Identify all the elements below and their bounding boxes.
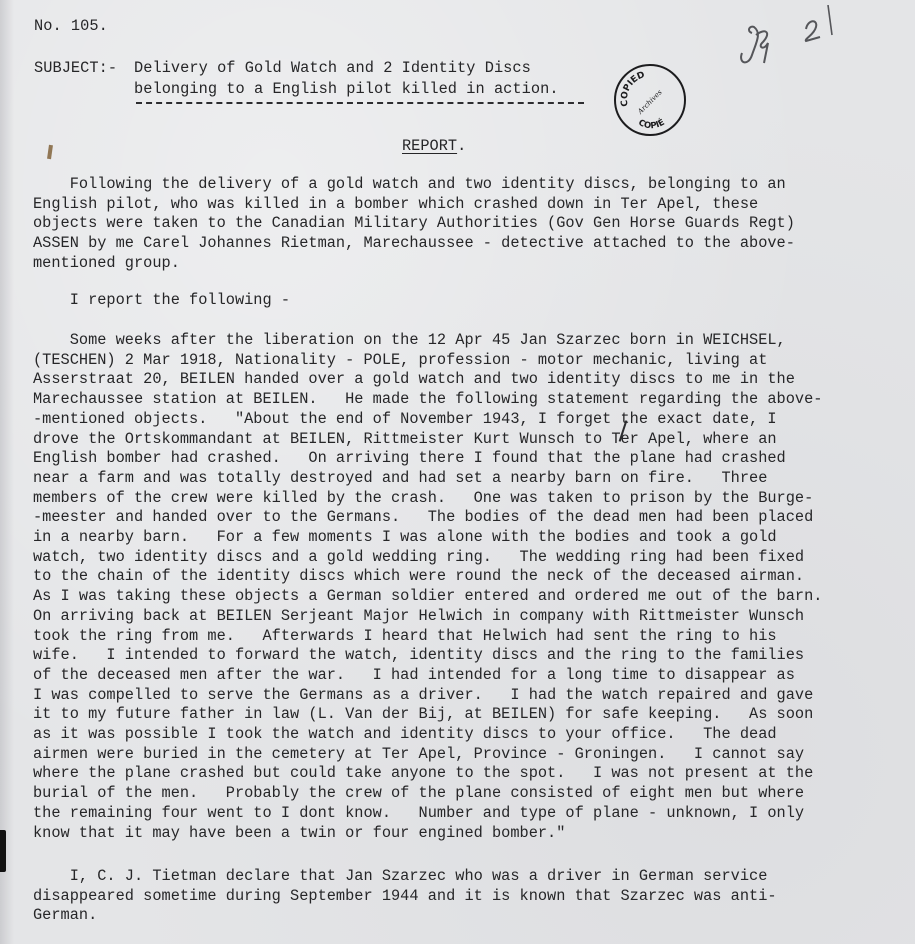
text-line: near a farm and was totally destroyed an… bbox=[33, 469, 822, 489]
text-line: I, C. J. Tietman declare that Jan Szarze… bbox=[33, 867, 777, 887]
text-line: objects were taken to the Canadian Milit… bbox=[33, 214, 795, 234]
copied-archives-stamp: COPIED COPIÉ Archives bbox=[614, 64, 686, 136]
text-line: watch, two identity discs and a gold wed… bbox=[33, 548, 822, 568]
paragraph-declaration: I, C. J. Tietman declare that Jan Szarze… bbox=[33, 867, 777, 926]
text-line: As I was taking these objects a German s… bbox=[33, 587, 822, 607]
text-line: in a nearby barn. For a few moments I wa… bbox=[33, 528, 822, 548]
margin-mark bbox=[47, 145, 53, 159]
text-line: English pilot, who was killed in a bombe… bbox=[33, 195, 795, 215]
document-page: No. 105. SUBJECT:- Delivery of Gold Watc… bbox=[0, 0, 915, 944]
svg-text:COPIÉ: COPIÉ bbox=[636, 116, 666, 132]
text-line: to the chain of the identity discs which… bbox=[33, 567, 822, 587]
paragraph-intro: Following the delivery of a gold watch a… bbox=[33, 175, 795, 274]
text-line: know that it may have been a twin or fou… bbox=[33, 824, 822, 844]
paragraph-statement: Some weeks after the liberation on the 1… bbox=[33, 331, 822, 843]
text-line: Asserstraat 20, BEILEN handed over a gol… bbox=[33, 370, 822, 390]
report-title-period: . bbox=[457, 137, 466, 155]
text-line: English bomber had crashed. On arriving … bbox=[33, 449, 822, 469]
text-line: members of the crew were killed by the c… bbox=[33, 489, 822, 509]
text-line: German. bbox=[33, 906, 777, 926]
text-line: drove the Ortskommandant at BEILEN, Ritt… bbox=[33, 430, 822, 450]
text-line: the remaining four went to I dont know. … bbox=[33, 804, 822, 824]
text-line: (TESCHEN) 2 Mar 1918, Nationality - POLE… bbox=[33, 351, 822, 371]
report-title: REPORT. bbox=[402, 136, 466, 156]
text-line: burial of the men. Probably the crew of … bbox=[33, 784, 822, 804]
svg-text:COPIED: COPIED bbox=[620, 70, 646, 107]
text-line: it to my future father in law (L. Van de… bbox=[33, 705, 822, 725]
handwritten-page-number bbox=[732, 5, 842, 75]
text-line: I was compelled to serve the Germans as … bbox=[33, 686, 822, 706]
stamp-top-text: COPIED bbox=[620, 70, 646, 107]
text-line: Marechaussee station at BEILEN. He made … bbox=[33, 390, 822, 410]
text-line: Some weeks after the liberation on the 1… bbox=[33, 331, 822, 351]
text-line: disappeared sometime during September 19… bbox=[33, 887, 777, 907]
stamp-bottom-text: COPIÉ bbox=[636, 116, 666, 132]
text-line: I report the following - bbox=[33, 291, 290, 311]
text-line: of the deceased men after the war. I had… bbox=[33, 666, 822, 686]
text-line: -meester and handed over to the Germans.… bbox=[33, 508, 822, 528]
document-number: No. 105. bbox=[34, 16, 108, 36]
text-line: -mentioned objects. "About the end of No… bbox=[33, 410, 822, 430]
text-line: ASSEN by me Carel Johannes Rietman, Mare… bbox=[33, 234, 795, 254]
text-line: where the plane crashed but could take a… bbox=[33, 764, 822, 784]
text-line: airmen were buried in the cemetery at Te… bbox=[33, 745, 822, 765]
text-line: On arriving back at BEILEN Serjeant Majo… bbox=[33, 607, 822, 627]
text-line: Following the delivery of a gold watch a… bbox=[33, 175, 795, 195]
text-line: took the ring from me. Afterwards I hear… bbox=[33, 627, 822, 647]
report-title-text: REPORT bbox=[402, 137, 457, 155]
page-edge-shadow bbox=[0, 0, 14, 944]
text-line: mentioned group. bbox=[33, 254, 795, 274]
subject-label: SUBJECT:- bbox=[34, 58, 117, 78]
paragraph-report-following: I report the following - bbox=[33, 291, 290, 311]
text-line: as it was possible I took the watch and … bbox=[33, 725, 822, 745]
subject-line-1: Delivery of Gold Watch and 2 Identity Di… bbox=[134, 58, 531, 78]
subject-divider bbox=[136, 102, 584, 104]
stamp-center-text: Archives bbox=[636, 88, 664, 116]
text-line: wife. I intended to forward the watch, i… bbox=[33, 646, 822, 666]
subject-line-2: belonging to a English pilot killed in a… bbox=[134, 79, 559, 99]
stamp-icon: COPIED COPIÉ Archives bbox=[616, 66, 684, 134]
binder-clip-mark bbox=[0, 830, 6, 872]
